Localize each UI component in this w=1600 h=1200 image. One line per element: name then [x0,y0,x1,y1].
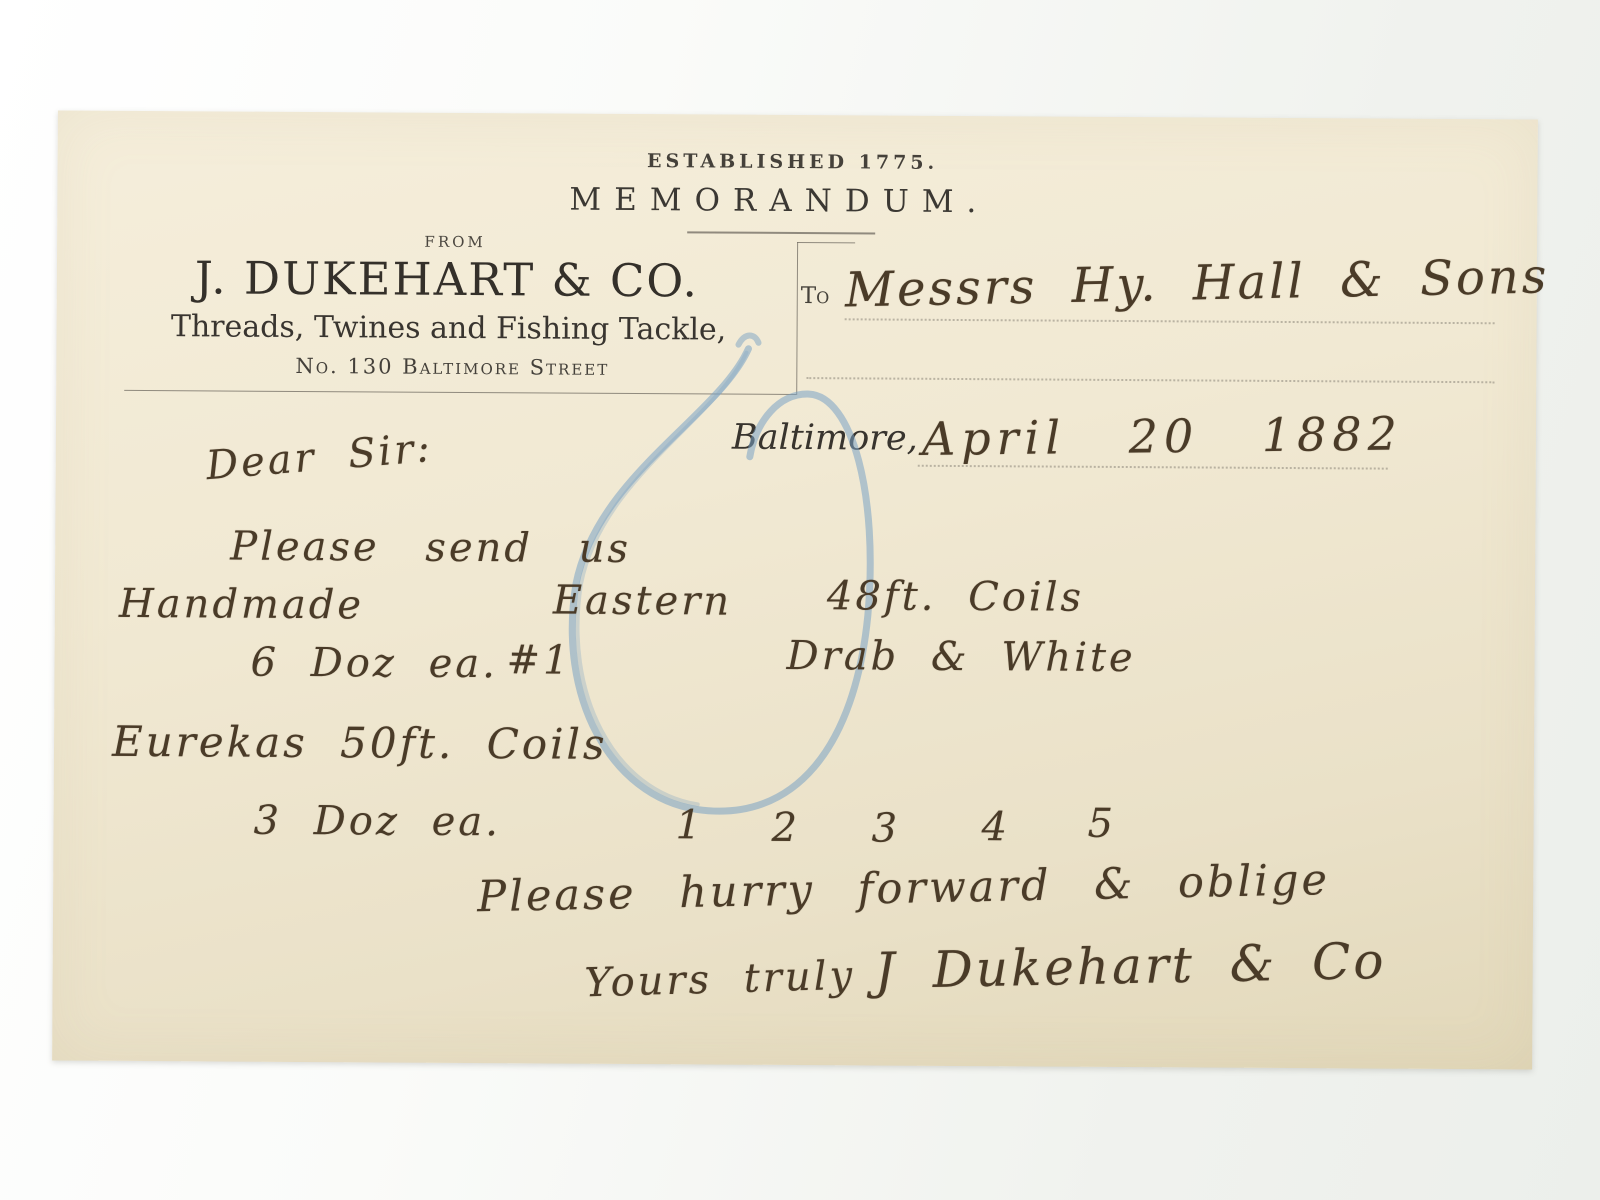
handwritten-item2-number-5: 5 [1087,801,1116,847]
handwritten-request: Please send us [230,524,631,572]
handwritten-item2-number-2: 2 [771,805,800,851]
handwritten-item1-colors: Drab & White [786,633,1135,681]
memorandum-document: ESTABLISHED 1775. MEMORANDUM. FROM J. DU… [52,110,1538,1069]
handwritten-date: April 20 1882 [922,407,1404,466]
handwritten-item2-qty: 3 Doz ea. [253,798,501,846]
handwritten-item1-type: Eastern [553,578,732,625]
handwritten-item1-qty: 6 Doz ea. [250,640,498,688]
handwritten-item1-name: Handmade [119,581,364,628]
handwritten-item2-number-3: 3 [871,805,900,851]
handwritten-item2-number-4: 4 [981,804,1010,850]
handwritten-item1-spec: 48ft. Coils [827,573,1084,621]
handwritten-valediction: Yours truly [584,953,856,1007]
handwritten-item2-number-1: 1 [675,802,704,848]
handwritten-signature: J Dukehart & Co [874,932,1387,1000]
handwritten-item1-number: #1 [506,637,571,683]
handwritten-item2-name: Eurekas 50ft. Coils [112,717,608,769]
